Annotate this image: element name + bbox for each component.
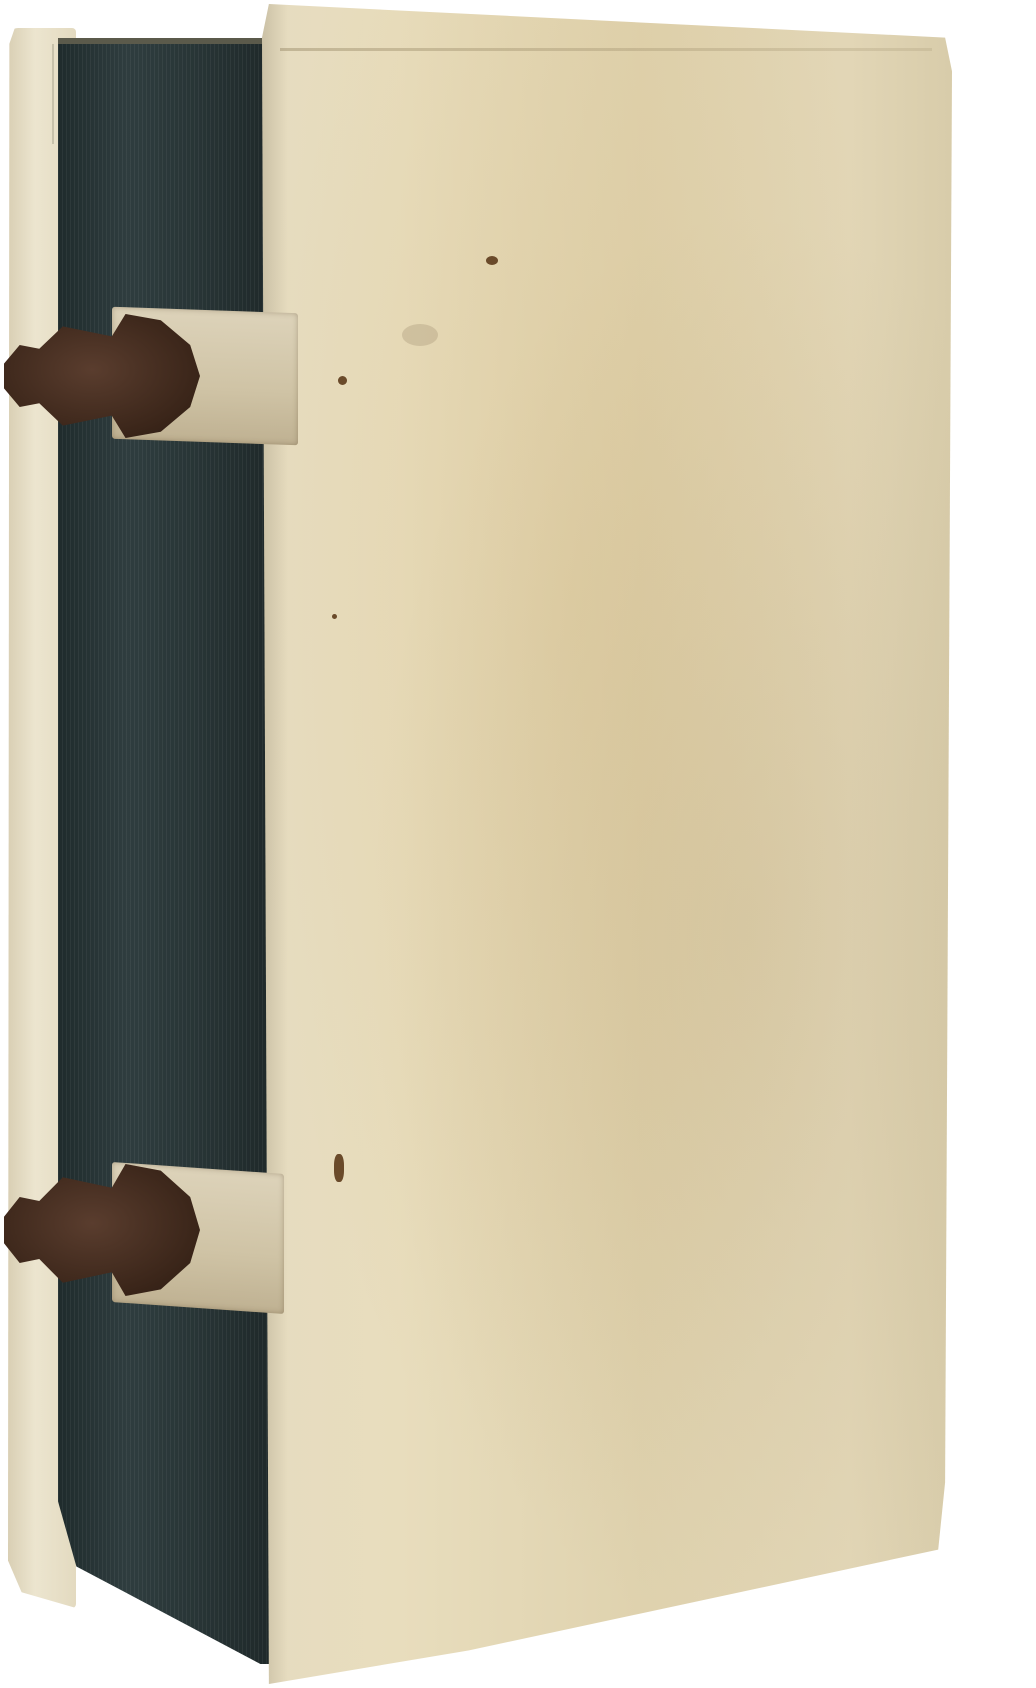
stain-spot [338, 376, 347, 385]
stain-spot [402, 324, 438, 346]
book-photo [0, 0, 1036, 1688]
page-edges [58, 38, 288, 1664]
stain-spot [332, 614, 337, 619]
stain-spot [486, 256, 498, 265]
front-cover-vellum [262, 4, 952, 1684]
stain-spot [334, 1154, 344, 1182]
page-marker-line [52, 44, 54, 144]
